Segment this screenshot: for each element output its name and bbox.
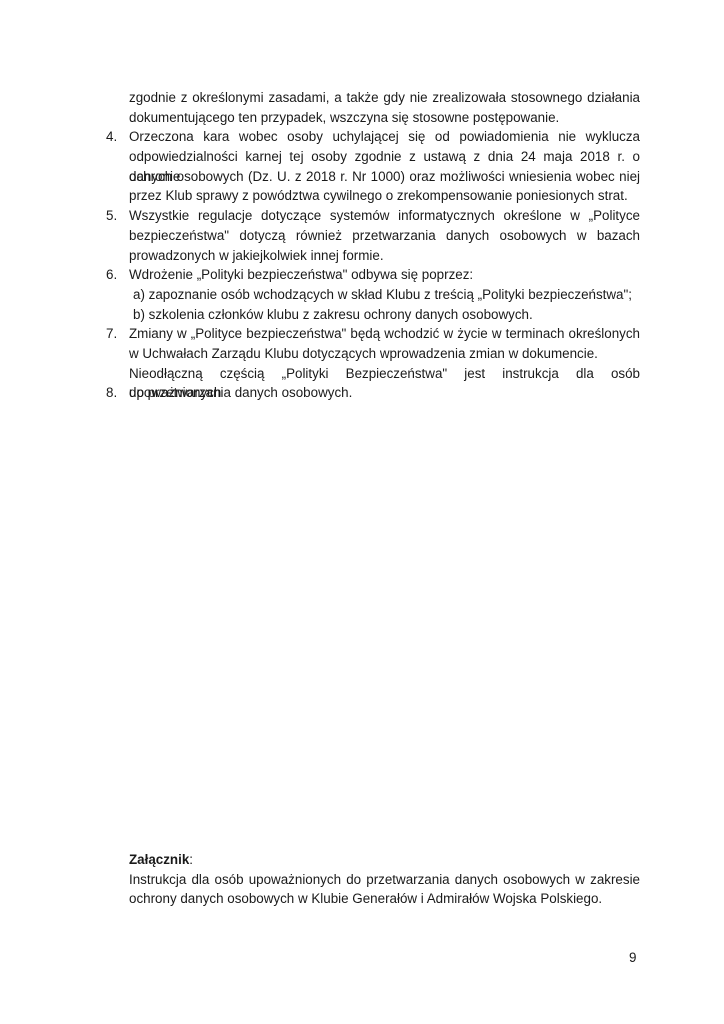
- attachment-section: Załącznik: Instrukcja dla osób upoważnio…: [129, 850, 640, 909]
- list-item-6-line-1: 6.Wdrożenie „Polityki bezpieczeństwa" od…: [106, 265, 640, 285]
- list-item-5-line-3: prowadzonych w jakiejkolwiek innej formi…: [106, 246, 640, 266]
- list-item-7-line-2: w Uchwałach Zarządu Klubu dotyczących wp…: [106, 344, 640, 364]
- list-number: 6.: [106, 265, 129, 285]
- list-item-8-line-1: 8.Nieodłączną częścią „Polityki Bezpiecz…: [106, 364, 640, 384]
- continuation-line-2: dokumentującego ten przypadek, wszczyna …: [106, 108, 640, 128]
- list-item-6-subitem-b: b) szkolenia członków klubu z zakresu oc…: [106, 305, 640, 325]
- list-item-4-line-3: danych osobowych (Dz. U. z 2018 r. Nr 10…: [106, 167, 640, 187]
- list-item-7-line-1: 7.Zmiany w „Polityce bezpieczeństwa" będ…: [106, 324, 640, 344]
- list-item-5-line-2: bezpieczeństwa" dotyczą również przetwar…: [106, 226, 640, 246]
- attachment-line-2: ochrony danych osobowych w Klubie Genera…: [129, 889, 640, 909]
- document-page: zgodnie z określonymi zasadami, a także …: [0, 0, 724, 1024]
- list-item-6-subitem-a: a) zapoznanie osób wchodzących w skład K…: [106, 285, 640, 305]
- attachment-heading: Załącznik:: [129, 850, 640, 870]
- document-body: zgodnie z określonymi zasadami, a także …: [106, 88, 640, 403]
- list-item-4-line-2: odpowiedzialności karnej tej osoby zgodn…: [106, 147, 640, 167]
- continuation-line-1: zgodnie z określonymi zasadami, a także …: [106, 88, 640, 108]
- list-item-4-line-4: przez Klub sprawy z powództwa cywilnego …: [106, 186, 640, 206]
- list-item-4-line-1: 4.Orzeczona kara wobec osoby uchylającej…: [106, 127, 640, 147]
- list-number: 8.: [106, 383, 129, 403]
- list-number: 7.: [106, 324, 129, 344]
- list-number: 4.: [106, 127, 129, 147]
- attachment-line-1: Instrukcja dla osób upoważnionych do prz…: [129, 870, 640, 890]
- list-number: 5.: [106, 206, 129, 226]
- list-item-5-line-1: 5.Wszystkie regulacje dotyczące systemów…: [106, 206, 640, 226]
- page-number: 9: [629, 950, 636, 965]
